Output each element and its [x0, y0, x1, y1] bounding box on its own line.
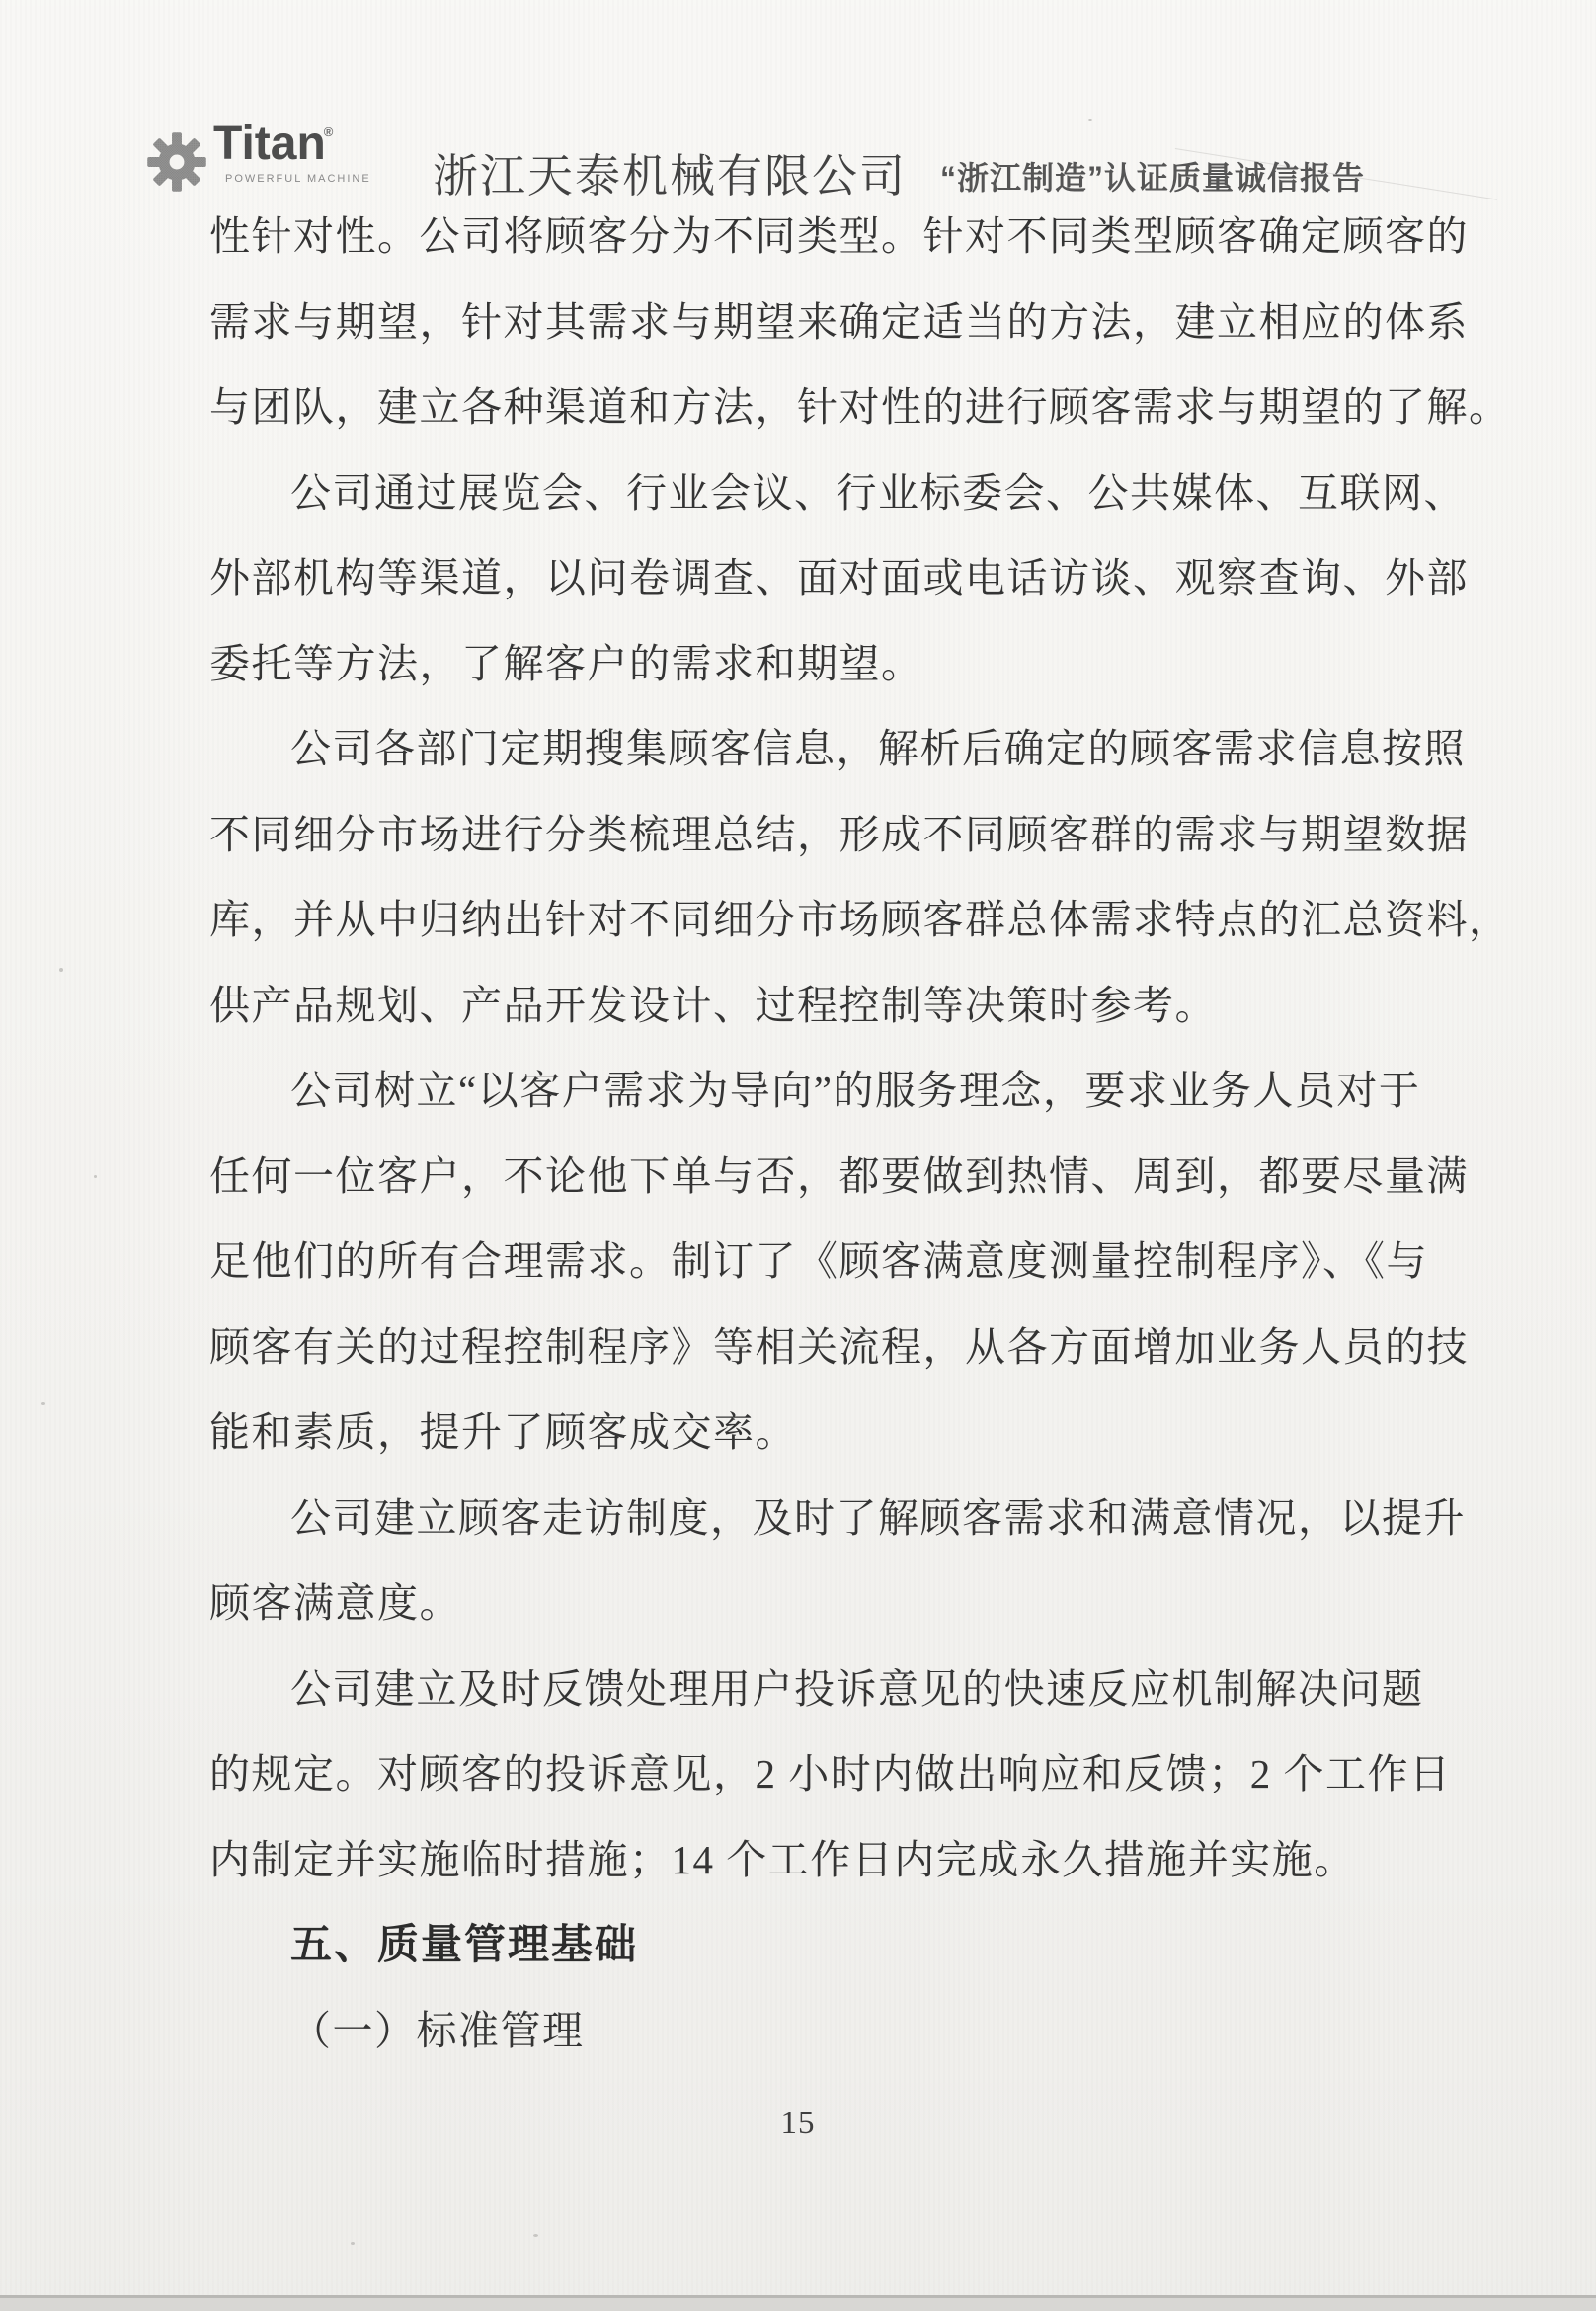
registered-trademark-icon: ®: [324, 124, 334, 139]
report-title: “浙江制造”认证质量诚信报告: [940, 153, 1365, 199]
text-line: 公司建立及时反馈处理用户投诉意见的快速反应机制解决问题: [209, 1646, 1464, 1732]
document-body: 性针对性。公司将顾客分为不同类型。针对不同类型顾客确定顾客的需求与期望，针对其需…: [209, 194, 1464, 2073]
brand-wordmark: Titan®: [213, 117, 335, 171]
text-line: 需求与期望，针对其需求与期望来确定适当的方法，建立相应的体系: [209, 279, 1464, 365]
text-line: 库，并从中归纳出针对不同细分市场顾客群总体需求特点的汇总资料，: [209, 877, 1464, 963]
text-line: 任何一位客户，不论他下单与否，都要做到热情、周到，都要尽量满: [209, 1134, 1464, 1220]
text-line: 与团队，建立各种渠道和方法，针对性的进行顾客需求与期望的了解。: [209, 364, 1464, 450]
scan-speck: [59, 968, 63, 972]
scan-speck: [1088, 119, 1092, 121]
text-line: 顾客有关的过程控制程序》等相关流程，从各方面增加业务人员的技: [209, 1305, 1464, 1391]
scan-speck: [533, 2234, 538, 2237]
text-line: 委托等方法，了解客户的需求和期望。: [209, 621, 1464, 707]
page-number: 15: [0, 2106, 1596, 2142]
text-line: 内制定并实施临时措施；14 个工作日内完成永久措施并实施。: [209, 1817, 1464, 1903]
scan-speck: [351, 2242, 355, 2245]
text-line: 公司树立“以客户需求为导向”的服务理念，要求业务人员对于: [209, 1048, 1464, 1134]
brand-tagline: POWERFUL MACHINE: [225, 173, 371, 185]
gear-icon: [146, 128, 207, 196]
scan-speck: [94, 1175, 97, 1178]
scanned-report-page: { "header": { "logo": { "brand": "Titan"…: [0, 0, 1596, 2311]
brand-text: Titan: [213, 118, 326, 170]
text-line: 的规定。对顾客的投诉意见，2 小时内做出响应和反馈；2 个工作日: [209, 1731, 1464, 1817]
section-heading: 五、质量管理基础: [209, 1902, 1464, 1988]
text-line: 足他们的所有合理需求。制订了《顾客满意度测量控制程序》、《与: [209, 1219, 1464, 1305]
scanner-edge-strip: [0, 2298, 1596, 2311]
text-line: 外部机构等渠道，以问卷调查、面对面或电话访谈、观察查询、外部: [209, 535, 1464, 621]
scan-speck: [41, 1402, 45, 1405]
text-line: 性针对性。公司将顾客分为不同类型。针对不同类型顾客确定顾客的: [209, 194, 1464, 279]
text-line: 公司各部门定期搜集顾客信息，解析后确定的顾客需求信息按照: [209, 706, 1464, 792]
text-line: 公司建立顾客走访制度，及时了解顾客需求和满意情况，以提升: [209, 1475, 1464, 1561]
text-line: 能和素质，提升了顾客成交率。: [209, 1390, 1464, 1475]
text-line: （一）标准管理: [209, 1988, 1464, 2074]
text-line: 顾客满意度。: [209, 1560, 1464, 1646]
text-line: 供产品规划、产品开发设计、过程控制等决策时参考。: [209, 963, 1464, 1049]
text-line: 公司通过展览会、行业会议、行业标委会、公共媒体、互联网、: [209, 450, 1464, 536]
text-line: 不同细分市场进行分类梳理总结，形成不同顾客群的需求与期望数据: [209, 792, 1464, 878]
